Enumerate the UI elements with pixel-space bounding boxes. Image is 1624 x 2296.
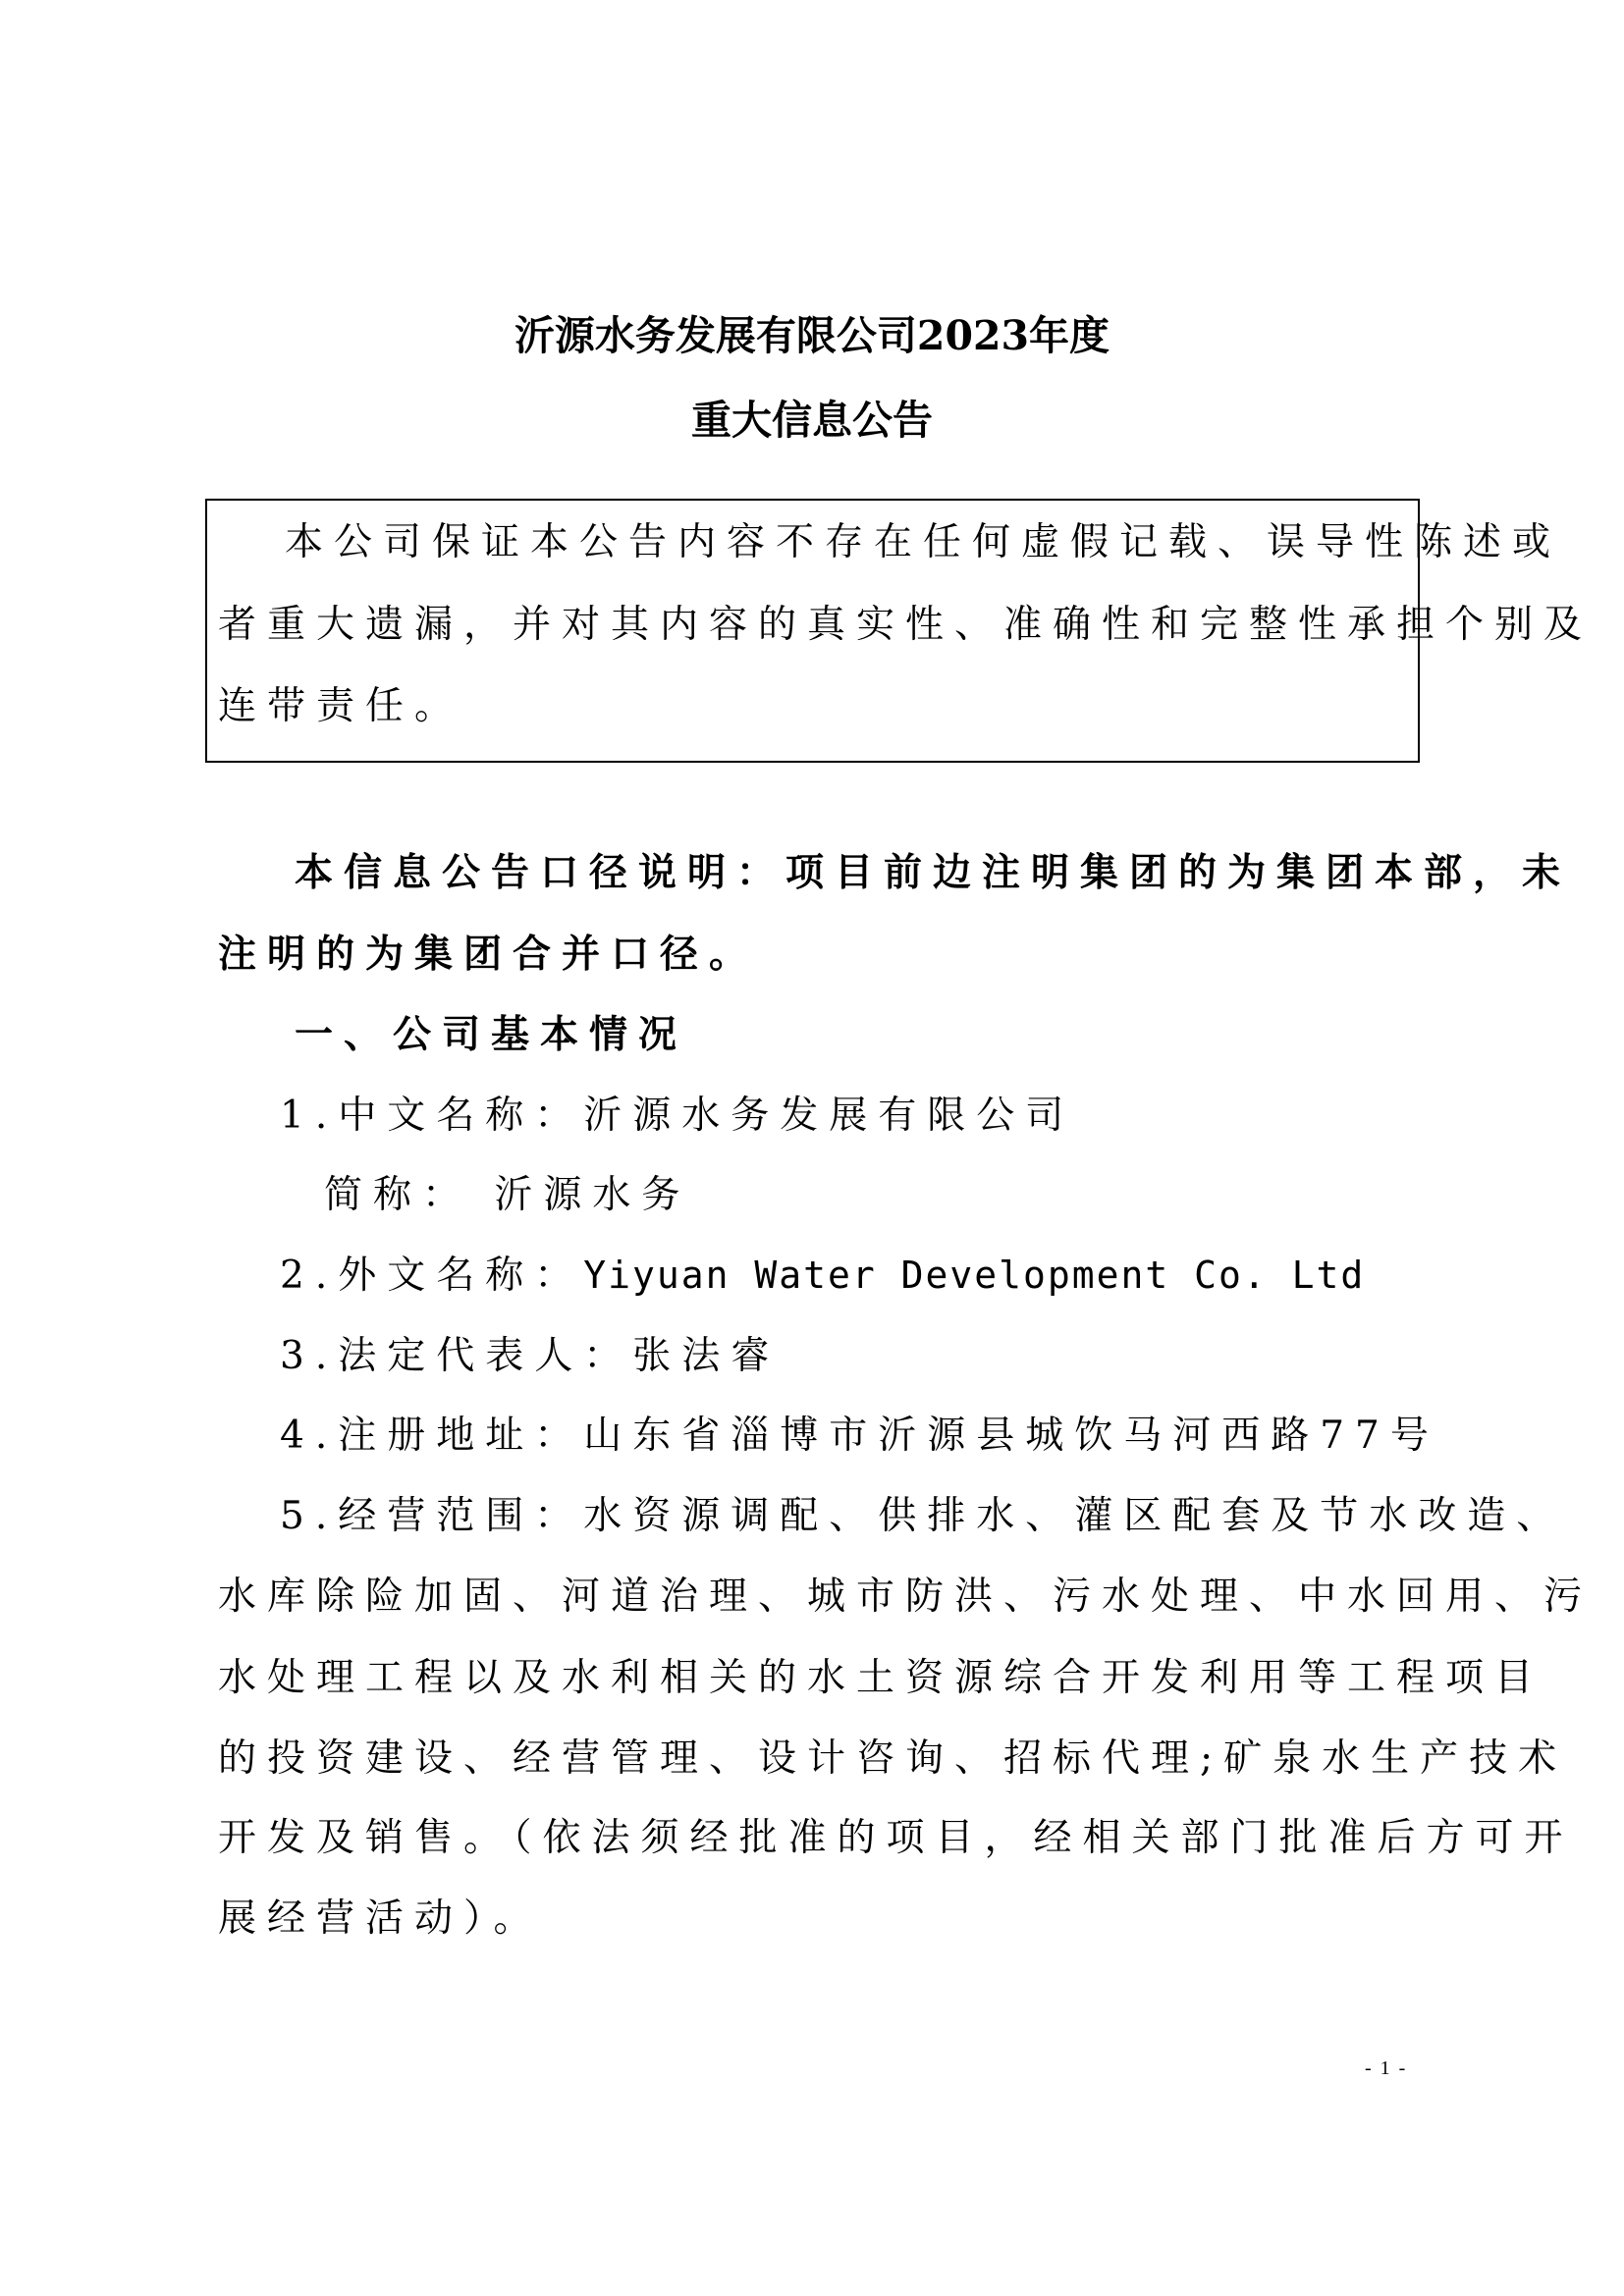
- business-scope-line-1: 5.经营范围：水资源调配、供排水、灌区配套及节水改造、: [280, 1497, 1565, 1535]
- business-scope-line-3: 水处理工程以及水利相关的水土资源综合开发利用等工程项目: [218, 1659, 1543, 1697]
- item-chinese-name: 1.中文名称：沂源水务发展有限公司: [280, 1096, 1074, 1135]
- item-short-name: 简称： 沂源水务: [324, 1176, 690, 1214]
- page-number: - 1 -: [1365, 2057, 1407, 2080]
- foreign-name-label: 2.外文名称：: [280, 1254, 583, 1298]
- section-heading: 一、公司基本情况: [295, 1016, 687, 1054]
- item-address: 4.注册地址：山东省淄博市沂源县城饮马河西路77号: [280, 1416, 1439, 1455]
- foreign-name-value: Yiyuan Water Development Co. Ltd: [583, 1254, 1365, 1297]
- document-subtitle: 重大信息公告: [0, 400, 1624, 441]
- business-scope-line-6: 展经营活动）。: [218, 1899, 543, 1938]
- item-legal-rep: 3.法定代表人：张法睿: [280, 1337, 780, 1375]
- scope-note-line-2: 注明的为集团合并口径。: [218, 935, 758, 974]
- item-foreign-name: 2.外文名称：Yiyuan Water Development Co. Ltd: [280, 1256, 1365, 1295]
- scope-note-line-1: 本信息公告口径说明：项目前边注明集团的为集团本部，未: [295, 854, 1571, 892]
- business-scope-line-5: 开发及销售。（依法须经批准的项目，经相关部门批准后方可开: [218, 1819, 1574, 1857]
- business-scope-line-4: 的投资建设、经营管理、设计咨询、招标代理;矿泉水生产技术: [218, 1739, 1567, 1778]
- disclaimer-line-1: 本公司保证本公告内容不存在任何虚假记载、误导性陈述或: [285, 523, 1561, 561]
- disclaimer-line-2: 者重大遗漏，并对其内容的真实性、准确性和完整性承担个别及: [218, 606, 1593, 644]
- business-scope-line-2: 水库除险加固、河道治理、城市防洪、污水处理、中水回用、污: [218, 1577, 1593, 1616]
- document-title: 沂源水务发展有限公司2023年度: [0, 316, 1624, 356]
- disclaimer-line-3: 连带责任。: [218, 687, 463, 725]
